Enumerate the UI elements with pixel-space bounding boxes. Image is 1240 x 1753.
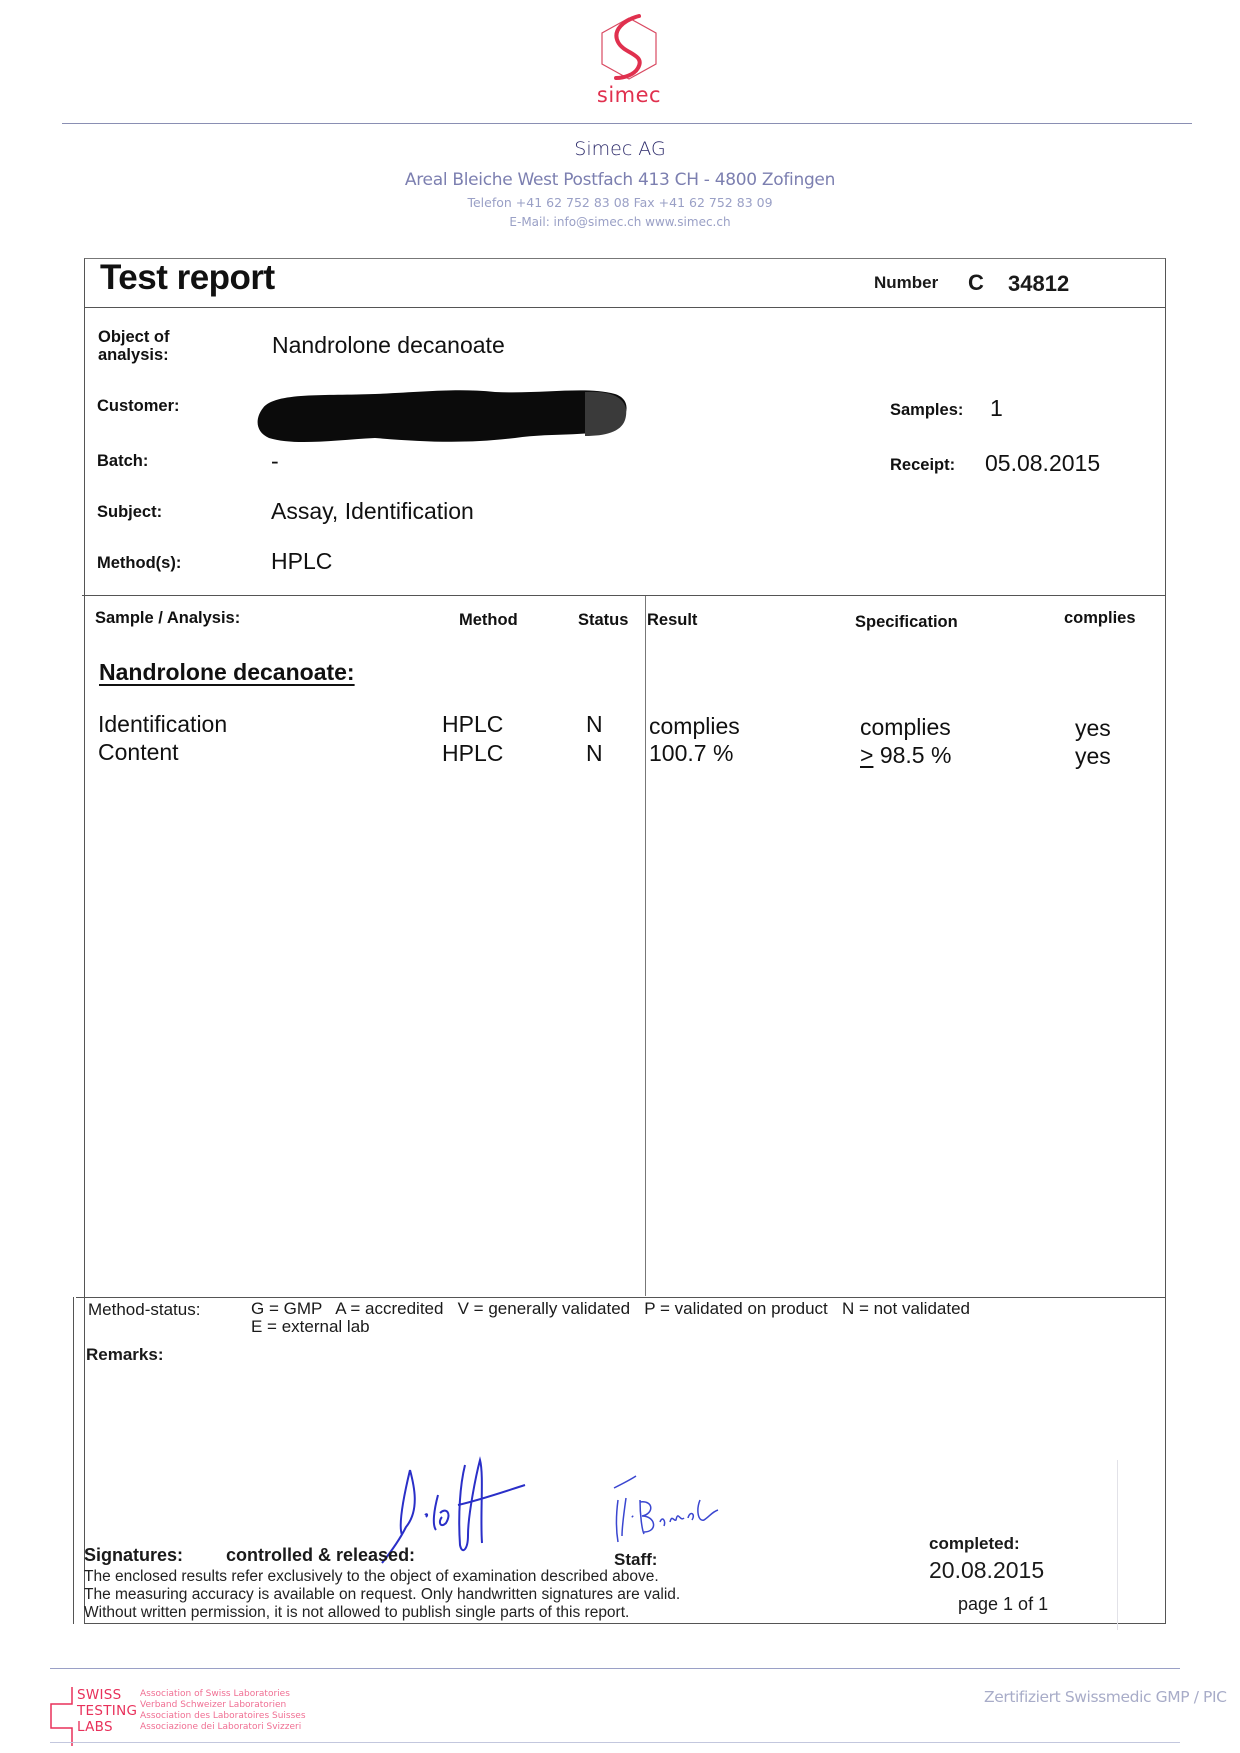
cell-status: N [586,711,603,738]
customer-redaction [255,386,630,453]
disclaimer-line: The measuring accuracy is available on r… [84,1586,680,1604]
signatures-label: Signatures: [84,1545,183,1566]
lower-left-border [73,1297,74,1624]
receipt-value: 05.08.2015 [985,450,1100,477]
header-status: Status [578,611,628,630]
subject-value: Assay, Identification [271,498,474,525]
header-sample-analysis: Sample / Analysis: [95,609,240,628]
simec-logo [594,12,664,84]
table-bottom-divider [76,1297,1166,1298]
batch-value: - [271,448,279,475]
methods-label: Method(s): [97,554,181,572]
samples-value: 1 [990,395,1003,422]
controlled-released-label: controlled & released: [226,1545,415,1566]
cell-result: complies [649,713,740,740]
stl-assoc-line: Association of Swiss Laboratories [140,1689,306,1700]
cell-analysis: Identification [98,711,227,738]
stl-assoc-line: Association des Laboratoires Suisses [140,1711,306,1722]
receipt-label: Receipt: [890,456,955,474]
object-value: Nandrolone decanoate [272,332,505,359]
method-status-line2: E = external lab [251,1318,970,1336]
report-title: Test report [100,258,275,298]
samples-label: Samples: [890,401,963,419]
header-result: Result [647,611,697,630]
stl-assoc-line: Verband Schweizer Laboratorien [140,1700,306,1711]
disclaimer: The enclosed results refer exclusively t… [84,1568,680,1622]
spec-value: 98.5 % [873,742,951,768]
subject-label: Subject: [97,503,162,521]
company-email-web: E-Mail: info@simec.ch www.simec.ch [0,215,1240,229]
completed-date: 20.08.2015 [929,1557,1044,1584]
method-status-line1: G = GMP A = accredited V = generally val… [251,1300,970,1318]
footer-bottom-rule [50,1742,1180,1743]
batch-label: Batch: [97,452,148,470]
object-label-line1: Object of [98,328,170,346]
customer-label: Customer: [97,397,180,415]
cell-status: N [586,740,603,767]
stl-word-labs: LABS [77,1720,113,1735]
cell-analysis: Content [98,739,179,766]
simec-hexagon-s-icon [594,12,664,84]
cell-specification: > 98.5 % [860,742,951,769]
fields-divider [82,595,1166,596]
methods-value: HPLC [271,548,332,575]
cell-method: HPLC [442,740,503,767]
object-label: Object of analysis: [98,328,170,364]
letterhead-divider [62,123,1192,124]
company-address: Areal Bleiche West Postfach 413 CH - 480… [0,170,1240,190]
simec-logo-text: simec [594,83,664,107]
stl-word-swiss: SWISS [77,1688,122,1703]
object-label-line2: analysis: [98,346,170,364]
cell-specification: complies [860,714,951,741]
disclaimer-line: The enclosed results refer exclusively t… [84,1568,680,1586]
company-phone-fax: Telefon +41 62 752 83 08 Fax +41 62 752 … [0,195,1240,210]
stl-word-testing: TESTING [77,1704,137,1719]
stl-association: Association of Swiss Laboratories Verban… [140,1689,306,1733]
scan-artifact-line [1117,1460,1118,1630]
completed-label: completed: [929,1534,1020,1554]
table-column-divider [645,596,646,1296]
greater-equal-sign: > [860,742,873,768]
certification-text: Zertifiziert Swissmedic GMP / PIC [984,1688,1227,1706]
signature-staff [600,1470,740,1555]
company-name: Simec AG [0,138,1240,160]
header-specification: Specification [855,613,958,632]
title-divider [84,307,1166,308]
footer-divider [50,1668,1180,1669]
cell-method: HPLC [442,711,503,738]
cell-complies: yes [1075,715,1111,742]
cell-result: 100.7 % [649,740,733,767]
staff-label: Staff: [614,1550,657,1570]
remarks-label: Remarks: [86,1345,164,1365]
report-number-label: Number [874,273,938,293]
stl-assoc-line: Associazione dei Laboratori Svizzeri [140,1722,306,1733]
method-status-label: Method-status: [88,1300,200,1320]
report-number: 34812 [1008,271,1069,297]
cell-complies: yes [1075,743,1111,770]
disclaimer-line: Without written permission, it is not al… [84,1604,680,1622]
method-status-legend: G = GMP A = accredited V = generally val… [251,1300,970,1336]
report-number-prefix: C [968,270,984,296]
section-title: Nandrolone decanoate: [99,659,355,686]
header-method: Method [459,611,518,630]
page-info: page 1 of 1 [958,1594,1048,1615]
header-complies: complies [1064,609,1136,628]
